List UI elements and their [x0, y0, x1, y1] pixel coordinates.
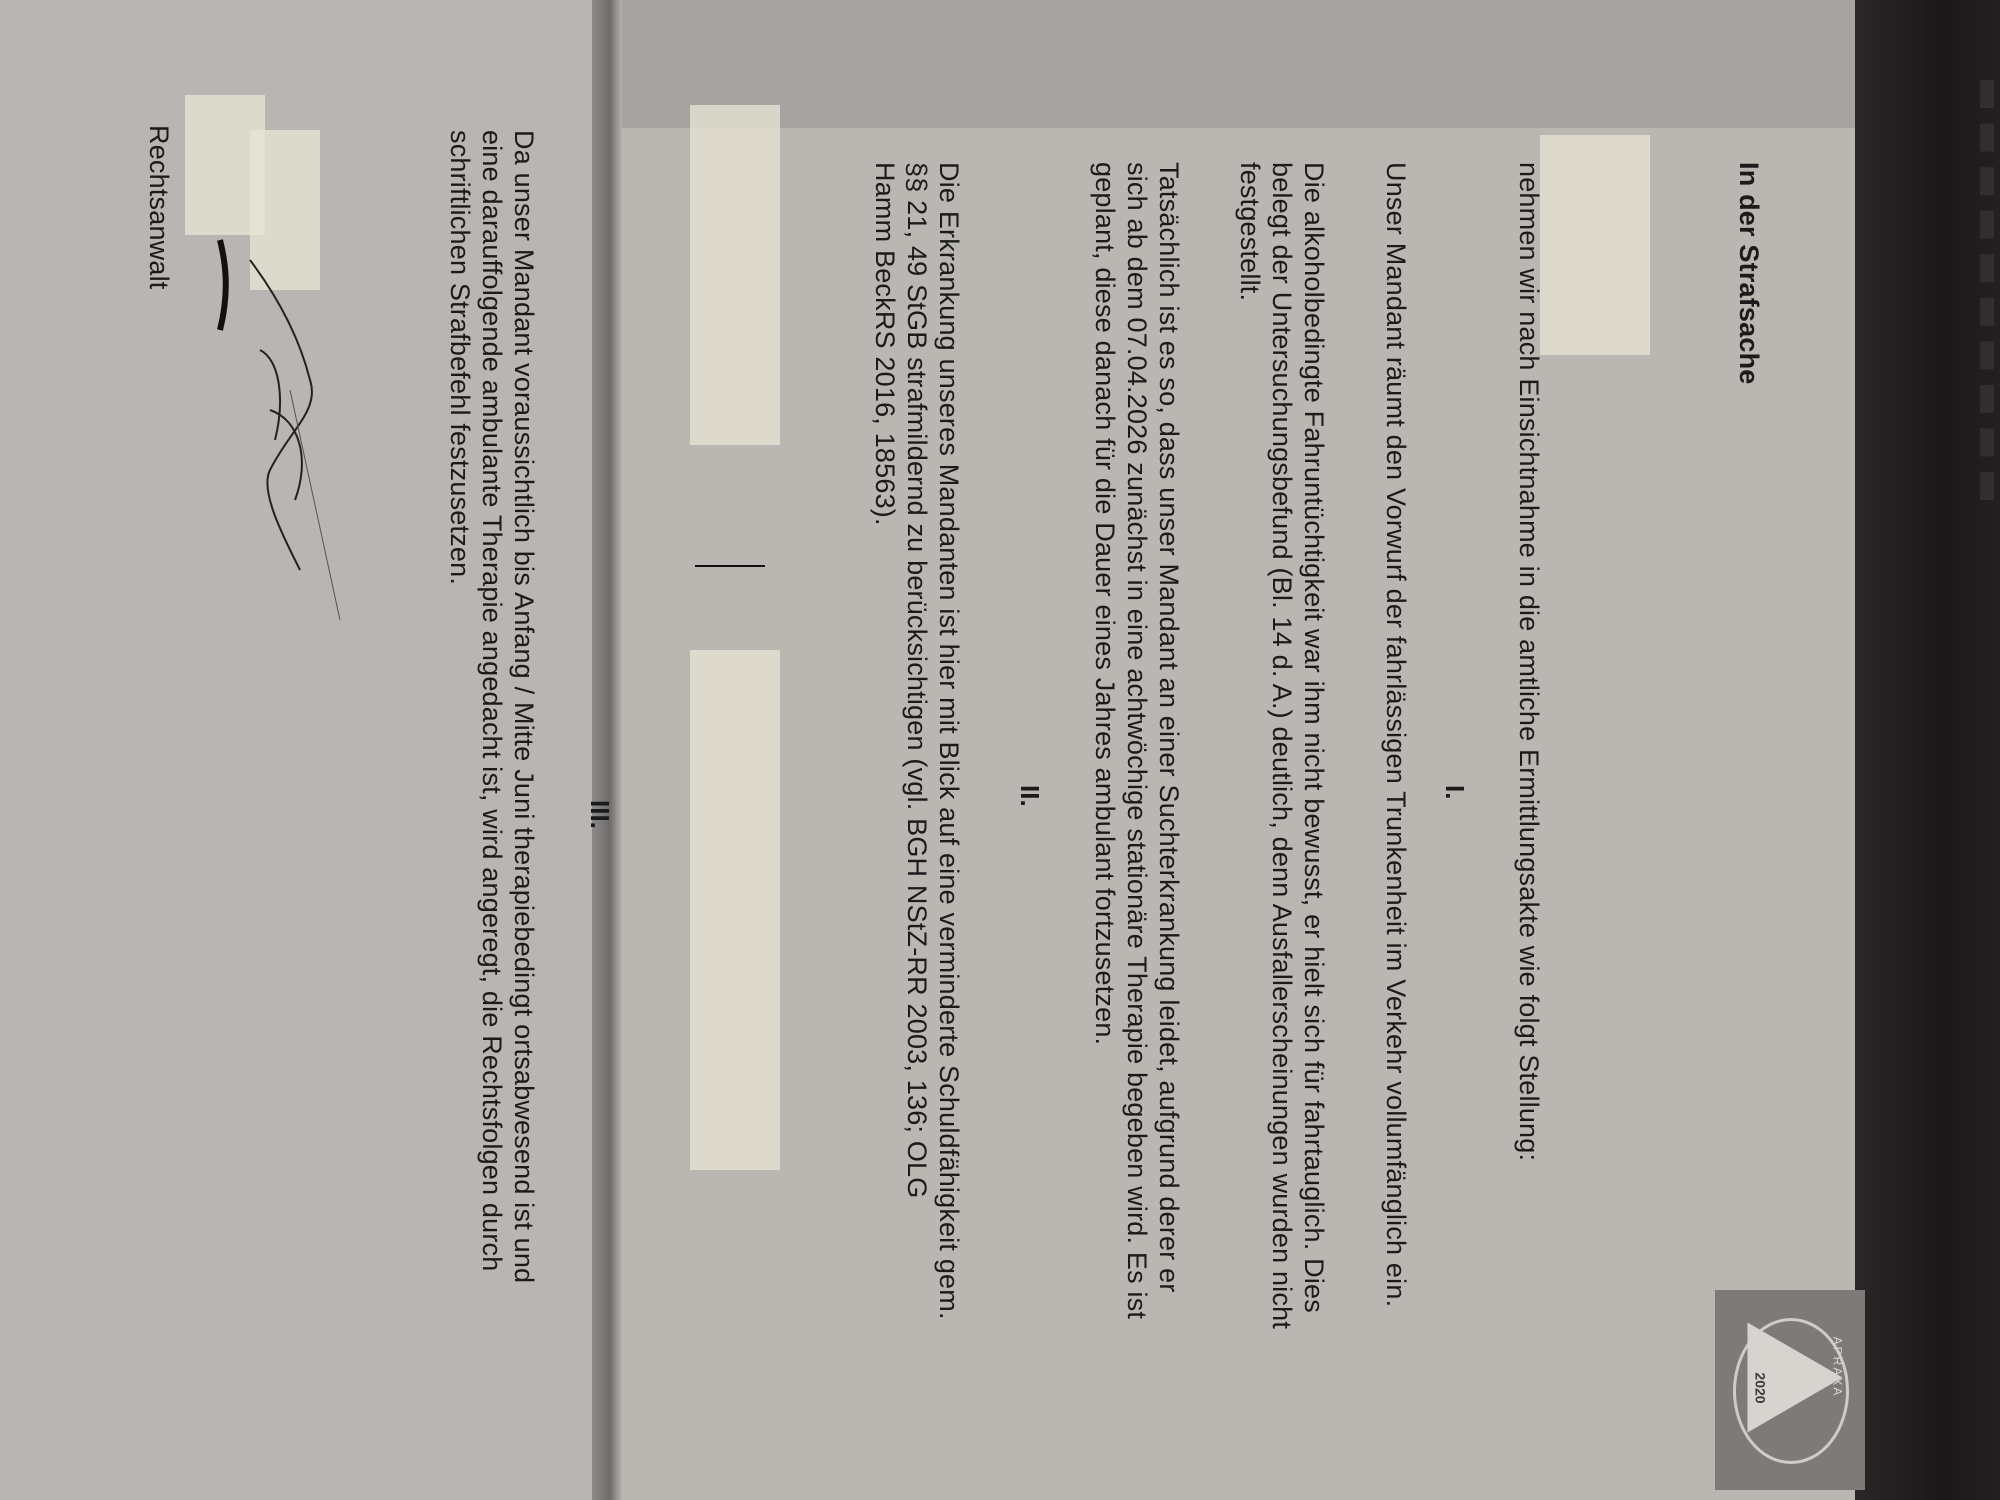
signature-title: Rechtsanwalt	[143, 125, 175, 289]
paragraph-line: Die Erkrankung unseres Mandanten ist hie…	[933, 162, 965, 1320]
page-header-band	[622, 0, 1855, 128]
paragraph-line: belegt der Untersuchungsbefund (Bl. 14 d…	[1266, 162, 1298, 1329]
paragraph-line: schriftlichen Strafbefehl festzusetzen.	[444, 130, 476, 585]
redaction-tape	[690, 650, 780, 1170]
redaction-tape	[1540, 135, 1650, 355]
paragraph-line: festgestellt.	[1234, 162, 1266, 301]
paragraph-line: Die alkoholbedingte Fahruntüchtigkeit wa…	[1298, 162, 1330, 1313]
signature	[190, 110, 350, 630]
section-numeral-3: III.	[584, 800, 615, 829]
paragraph-line: §§ 21, 49 StGB strafmildernd zu berücksi…	[901, 162, 933, 1198]
paragraph-line: eine darauffolgende ambulante Therapie a…	[476, 130, 508, 1271]
main-page	[620, 128, 1855, 1500]
paragraph-line: Da unser Mandant voraussichtlich bis Anf…	[508, 130, 540, 1283]
paragraph-line: Tatsächlich ist es so, dass unser Mandan…	[1153, 162, 1185, 1293]
seal-year: 2020	[1753, 1372, 1769, 1403]
intro-text: nehmen wir nach Einsichtnahme in die amt…	[1513, 162, 1545, 1161]
heading: In der Strafsache	[1733, 162, 1765, 385]
section-numeral-1: I.	[1439, 785, 1470, 799]
redaction-tape	[690, 105, 780, 445]
divider-line	[695, 565, 765, 567]
paragraph-line: sich ab dem 07.04.2026 zunächst in eine …	[1121, 162, 1153, 1319]
quality-seal: 2020 APRAXA	[1715, 1290, 1865, 1490]
paragraph-line: geplant, diese danach für die Dauer eine…	[1089, 162, 1121, 1045]
gear-icon	[1860, 80, 1994, 500]
seal-name: APRAXA	[1830, 1337, 1844, 1398]
section-numeral-2: II.	[1014, 785, 1045, 807]
page-fold-shadow	[592, 0, 622, 1500]
paragraph-line: Hamm BeckRS 2016, 18563).	[869, 162, 901, 526]
paragraph: Unser Mandant räumt den Vorwurf der fahr…	[1380, 162, 1412, 1307]
